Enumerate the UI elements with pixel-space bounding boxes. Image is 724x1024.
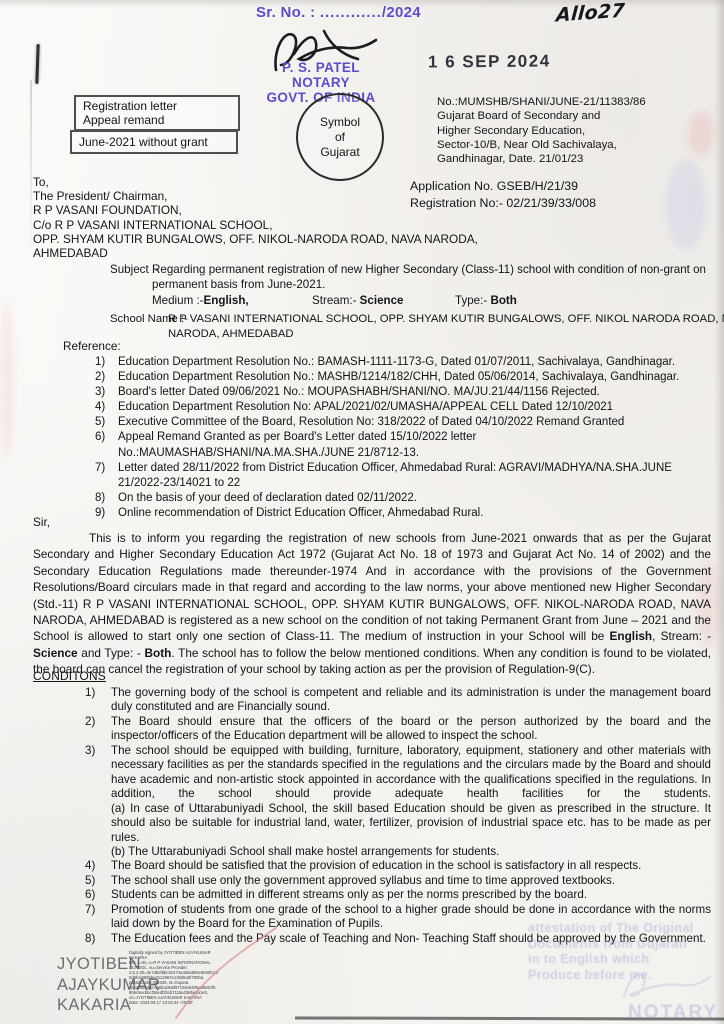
recipient-line: R P VASANI FOUNDATION, <box>33 203 478 217</box>
recipient-line: C/o R P VASANI INTERNATIONAL SCHOOL, <box>33 218 478 232</box>
condition-item: 4) The Board should be satisfied that th… <box>85 859 711 873</box>
pen-mark-top-left <box>35 44 39 84</box>
notary-stamp-name: P. S. PATEL <box>250 60 392 75</box>
reference-item: 2) Education Department Resolution No.: … <box>95 370 713 385</box>
bleed-through-notary-word: NOTARY <box>628 1002 718 1024</box>
seal-text: Symbol <box>298 115 382 130</box>
serial-number-stamp: Sr. No. : ............/2024 Allo27 <box>256 4 421 21</box>
bleed-through-line: attestation of The Original <box>528 921 713 937</box>
reference-item-text: Board's letter Dated 09/06/2021 No.: MOU… <box>118 385 713 400</box>
reference-item-text: Education Department Resolution No: APAL… <box>118 400 713 415</box>
reference-item-text: Executive Committee of the Board, Resolu… <box>118 415 713 430</box>
note-box-registration: Registration letter Appeal remand <box>74 95 240 131</box>
serial-label: Sr. No. : <box>256 4 315 21</box>
reference-item: 5) Executive Committee of the Board, Res… <box>95 415 713 430</box>
school-name-block: School Name :- R P VASANI INTERNATIONAL … <box>110 312 724 342</box>
recipient-lines: The President/ Chairman,R P VASANI FOUND… <box>33 189 478 260</box>
reference-section: 1) Education Department Resolution No.: … <box>95 355 713 521</box>
seal-text: Gujarat <box>298 145 382 160</box>
condition-number: 3) <box>85 744 111 860</box>
condition-text: Students can be admitted in different st… <box>111 888 711 902</box>
reference-item-number: 5) <box>95 415 118 430</box>
serial-dots: ............ <box>320 4 382 21</box>
document-page: Sr. No. : ............/2024 Allo27 P. S.… <box>0 0 724 1024</box>
note-box-june2021: June-2021 without grant <box>70 130 238 154</box>
reference-item: 3) Board's letter Dated 09/06/2021 No.: … <box>95 385 713 400</box>
reference-item-number: 3) <box>95 385 118 400</box>
condition-number: 8) <box>85 932 111 946</box>
conditions-list: 1) The governing body of the school is c… <box>85 686 711 946</box>
subject-block: Subject :- Regarding permanent registrat… <box>110 262 718 308</box>
reference-item-number: 6) <box>95 430 118 460</box>
condition-text: The school shall use only the government… <box>111 874 711 888</box>
letter-ref-block: No.:MUMSHB/SHANI/JUNE-21/11383/86 Gujara… <box>437 95 646 166</box>
reference-item: 6) Appeal Remand Granted as per Board's … <box>95 430 713 460</box>
note-box-line: Registration letter <box>83 99 231 113</box>
bleed-smudge <box>666 160 706 250</box>
reference-item-number: 2) <box>95 370 118 385</box>
subject-text: Regarding permanent registration of new … <box>152 262 718 292</box>
medium-field: Medium :-English, <box>152 293 312 308</box>
condition-text: The Board should ensure that the officer… <box>111 715 711 744</box>
body-salutation: Sir, <box>33 515 50 529</box>
condition-text: The school should be equipped with build… <box>111 744 711 860</box>
recipient-line: OPP. SHYAM KUTIR BUNGALOWS, OFF. NIKOL-N… <box>33 232 478 246</box>
reference-item-text: On the basis of your deed of declaration… <box>118 491 713 506</box>
red-pen-mark <box>158 922 283 1022</box>
gujarat-seal: Symbol of Gujarat <box>296 93 384 181</box>
condition-text: The Board should be satisfied that the p… <box>111 859 711 873</box>
reference-item: 7) Letter dated 28/11/2022 from District… <box>95 461 713 491</box>
type-field: Type:- Both <box>455 294 517 307</box>
reference-item: 4) Education Department Resolution No: A… <box>95 400 713 415</box>
recipient-block: To, The President/ Chairman,R P VASANI F… <box>33 175 478 260</box>
notary-stamp-title: NOTARY <box>250 75 392 90</box>
handwritten-serial: Allo27 <box>555 0 625 26</box>
bleed-smudge <box>688 112 714 156</box>
bleed-through-signature <box>618 965 713 1007</box>
subject-label: Subject :- <box>110 262 159 277</box>
condition-item: 6) Students can be admitted in different… <box>85 888 711 902</box>
reference-item-text: Online recommendation of District Educat… <box>118 506 713 521</box>
org-name-line: Gujarat Board of Secondary and <box>437 109 646 123</box>
reference-item-text: Appeal Remand Granted as per Board's Let… <box>118 430 713 460</box>
recipient-salutation: To, <box>33 175 478 189</box>
reference-item-text: Letter dated 28/11/2022 from District Ed… <box>118 461 713 491</box>
stream-field: Stream:- Science <box>312 293 455 308</box>
reference-item-number: 8) <box>95 491 118 506</box>
condition-number: 5) <box>85 874 111 888</box>
school-name-label: School Name :- <box>110 312 188 327</box>
org-name-line: Higher Secondary Education, <box>437 124 646 138</box>
condition-item: 3) The school should be equipped with bu… <box>85 744 711 860</box>
condition-number: 7) <box>85 903 111 932</box>
bleed-smudge <box>0 300 14 460</box>
reference-item-text: Education Department Resolution No.: BAM… <box>118 355 713 370</box>
org-address-line: Sector-10/B, Near Old Sachivalaya, <box>437 138 646 152</box>
condition-number: 6) <box>85 888 111 902</box>
reference-item: 9) Online recommendation of District Edu… <box>95 506 713 521</box>
condition-number: 1) <box>85 686 111 715</box>
reference-item-number: 7) <box>95 461 118 491</box>
condition-item: 1) The governing body of the school is c… <box>85 686 711 715</box>
note-box-line: Appeal remand <box>83 113 231 127</box>
condition-item: 5) The school shall use only the governm… <box>85 874 711 888</box>
seal-text: of <box>298 130 382 145</box>
org-date-line: Gandhinagar, Date. 21/01/23 <box>437 152 646 166</box>
reference-item-text: Education Department Resolution No.: MAS… <box>118 370 713 385</box>
condition-text: The governing body of the school is comp… <box>111 686 711 715</box>
recipient-line: AHMEDABAD <box>33 246 478 260</box>
condition-number: 4) <box>85 859 111 873</box>
conditions-heading: CONDITONS <box>33 669 106 683</box>
reference-item-number: 9) <box>95 506 118 521</box>
subject-meta: Medium :-English,Stream:- ScienceType:- … <box>152 293 718 308</box>
reference-item-number: 1) <box>95 355 118 370</box>
reference-item: 1) Education Department Resolution No.: … <box>95 355 713 370</box>
page-fold-line <box>30 80 32 260</box>
body-paragraph: This is to inform you regarding the regi… <box>33 530 711 678</box>
reference-heading: Reference: <box>63 339 121 353</box>
condition-number: 2) <box>85 715 111 744</box>
condition-item: 2) The Board should ensure that the offi… <box>85 715 711 744</box>
serial-year: /2024 <box>382 4 421 21</box>
recipient-line: The President/ Chairman, <box>33 189 478 203</box>
reference-item-number: 4) <box>95 400 118 415</box>
received-date-stamp: 1 6 SEP 2024 <box>428 51 551 72</box>
reference-item: 8) On the basis of your deed of declarat… <box>95 491 713 506</box>
letter-ref-no: No.:MUMSHB/SHANI/JUNE-21/11383/86 <box>437 95 646 109</box>
bleed-through-line: Documents from Gujarati <box>528 937 713 953</box>
school-name-text: R P VASANI INTERNATIONAL SCHOOL, OPP. SH… <box>168 312 724 342</box>
page-edge-right <box>714 0 724 1024</box>
